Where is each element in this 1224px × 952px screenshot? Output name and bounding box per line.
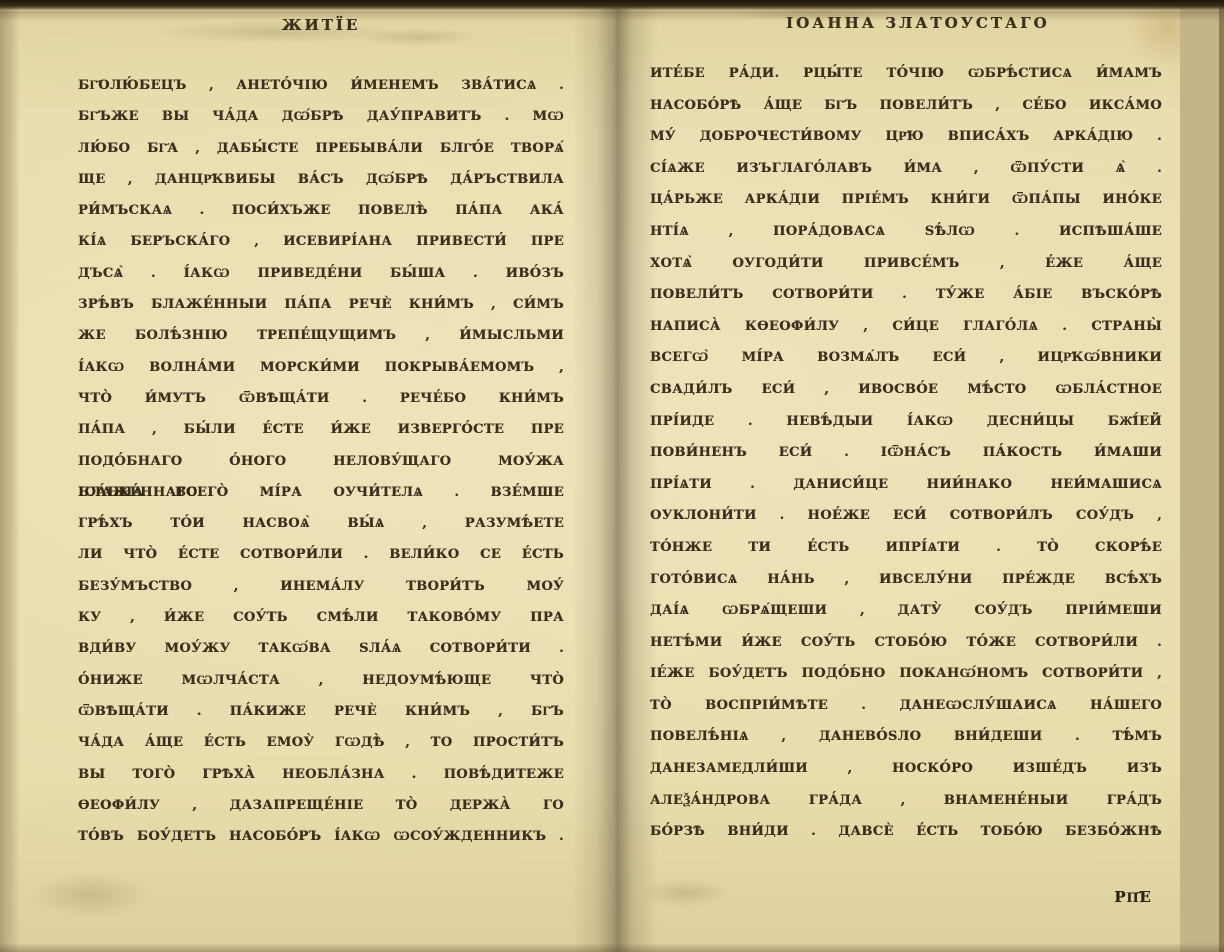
- text-line: алеѯа́ндрова гра́да , внамене́ныи гра́дъ: [650, 785, 1162, 817]
- right-page-stack-edges: [1180, 0, 1224, 952]
- text-line: насобо́рѣ а́ще бг҃ъ повели́тъ , се́бо ик…: [650, 90, 1162, 122]
- text-line: ще , данцр҃квибы ва́съ дѡ́брѣ да́ръствил…: [78, 164, 564, 195]
- text-line: написа̀ кѳеофи́лу , си́це глаго́лѧ . стр…: [650, 311, 1162, 343]
- text-line: повелѣ́ніѧ , данево́ѕло вни́деши . тѣ́мъ: [650, 721, 1162, 753]
- text-line: прі́иде . невѣ́дыи і́акѡ десни́цы бж҃і́е…: [650, 406, 1162, 438]
- text-line: прі́ѧти . даниси́це нии́нако неи́машисѧ: [650, 469, 1162, 501]
- text-line: ли что̀ е́сте сотвори́ли . вели́ко се е́…: [78, 539, 564, 570]
- text-line: кі́ѧ беръска́го , исевирі́ана привести́ …: [78, 226, 564, 257]
- left-page-edge: [0, 0, 20, 952]
- text-line: что̀ и́мутъ ѿвѣща́ти . рече́бо кни́мъ: [78, 383, 564, 414]
- text-line: іе́же боу́детъ подо́бно поканѡ́номъ сотв…: [650, 658, 1162, 690]
- text-line: хотѧ̀ оугоди́ти привсе́мъ , е́же а́ще: [650, 248, 1162, 280]
- text-line: ѳеофи́лу , дазапреще́ніе то̀ держа̀ го: [78, 790, 564, 821]
- text-line: дъсѧ̀ . і́акѡ приведе́ни бы́ша . иво́зъ: [78, 258, 564, 289]
- text-line: грѣ́хъ то́и насвоѧ̀ вы́ѧ , разумѣ́ете: [78, 508, 564, 539]
- text-line: і́акѡ волна́ми морски́ми покрыва́емомъ ,: [78, 352, 564, 383]
- text-line: пови́ненъ еси́ . іѿна́съ па́кость и́маши: [650, 437, 1162, 469]
- text-line: Ца́рьже арка́діи пріе́мъ кни́ги ѿпа́пы и…: [650, 184, 1162, 216]
- right-board-edge: [1219, 0, 1224, 952]
- right-running-header: Іоанна Златоустаго: [786, 14, 1050, 32]
- text-line: то̀ воспріи́мѣте . данеѡслу́шаисѧ на́шег…: [650, 690, 1162, 722]
- text-line: ите́бе ра́ди. рцы́те то́чію ѡбрѣ́стисѧ и…: [650, 58, 1162, 90]
- text-line: лю́бо бг҃а , дабы́сте пребыва́ли блг҃о́е…: [78, 133, 564, 164]
- text-line: гото́висѧ на́нь , ивселу́ни пре́жде всѣ́…: [650, 564, 1162, 596]
- text-line: му́ доброчести́вому цр҃ю вписа́хъ арка́д…: [650, 121, 1162, 153]
- open-book-scan: Житїе бг҃олю́бецъ , ането́чію и́менемъ з…: [0, 0, 1224, 952]
- left-page-text: бг҃олю́бецъ , ането́чію и́менемъ зва́тис…: [78, 70, 564, 852]
- corner-smudge: [30, 872, 150, 918]
- text-line: ѿвѣща́ти . Па́киже речѐ кни́мъ , бг҃ъ: [78, 696, 564, 727]
- text-line: іоа́нна всего̀ мі́ра оучи́телѧ . взе́мше: [78, 477, 564, 508]
- text-line: бо́рзѣ вни́ди . давсѐ е́сть тобо́ю безбо…: [650, 816, 1162, 848]
- text-line: даі́ѧ ѡбрѧ́щеши , дату̀ соу́дъ пріи́меши: [650, 595, 1162, 627]
- right-page-text: ите́бе ра́ди. рцы́те то́чію ѡбрѣ́стисѧ и…: [650, 58, 1162, 848]
- text-line: свади́лъ еси́ , ивосво́е мѣ́сто ѡбла́стн…: [650, 374, 1162, 406]
- text-line: подо́бнаго о́ного нелову́щаго моу́жа бла…: [78, 446, 564, 477]
- text-line: О́ниже мѡлча́ста , недоумѣ́юще что̀: [78, 665, 564, 696]
- spine-gutter-shadow: [572, 0, 658, 952]
- bottom-edge-shadow: [0, 943, 1224, 952]
- text-line: бг҃ъже вы ча́да дѡ́брѣ дау́правитъ . мѡ: [78, 101, 564, 132]
- text-line: оуклони́ти . ное́же еси́ сотвори́лъ соу́…: [650, 500, 1162, 532]
- text-line: повели́тъ сотвори́ти . ту́же а́біе въско…: [650, 279, 1162, 311]
- text-line: нетѣ́ми и́же соу́ть стобо́ю то́же сотвор…: [650, 627, 1162, 659]
- text-line: па́па , бы́ли е́сте и́же изверго́сте пре: [78, 414, 564, 445]
- text-line: то́нже ти е́сть ипрі́ѧти . то̀ скорѣ́е: [650, 532, 1162, 564]
- text-line: ку , и́же соу́ть смѣ́ли таково́му пра: [78, 602, 564, 633]
- text-line: ри́мъскаѧ . Поси́хъже повелѣ̀ па́па ака́: [78, 195, 564, 226]
- text-line: всегѡ̀ мі́ра возмѧ́лъ еси́ , ицр҃кѡ́вник…: [650, 342, 1162, 374]
- text-line: же болѣ́знію трепе́щущимъ , и́мысльми: [78, 320, 564, 351]
- text-line: ча́да а́ще е́сть емоу̀ гѡдѣ̀ , то прости…: [78, 727, 564, 758]
- page-number: рп҃е: [1096, 888, 1170, 907]
- text-line: вы того̀ грѣха̀ необла́зна . повѣ́дитеже: [78, 759, 564, 790]
- text-line: нті́ѧ , пора́довасѧ ѕѣ́лѡ . испѣша́ше: [650, 216, 1162, 248]
- text-line: то́въ боу́детъ насобо́ръ і́акѡ ѡсоу́жден…: [78, 821, 564, 852]
- top-board-edge: [0, 0, 1224, 11]
- text-line: зрѣ́въ блаже́нныи па́па речѐ кни́мъ , си…: [78, 289, 564, 320]
- text-line: бг҃олю́бецъ , ането́чію и́менемъ зва́тис…: [78, 70, 564, 101]
- text-line: сі́ѧже изъглаго́лавъ и́ма , ѿпу́сти ѧ̀ .: [650, 153, 1162, 185]
- text-line: вди́ву моу́жу такѡ́ва ѕла́ѧ сотвори́ти .: [78, 633, 564, 664]
- text-line: безу́мъство , инема́лу твори́тъ моу́: [78, 571, 564, 602]
- text-line: данезамедли́ши , носко́ро изше́дъ изъ: [650, 753, 1162, 785]
- left-running-header: Житїе: [78, 16, 564, 34]
